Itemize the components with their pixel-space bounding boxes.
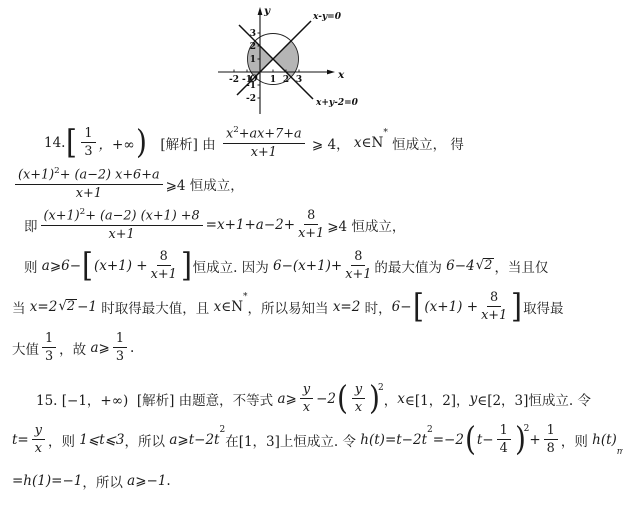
text-run: 恒成立. 因为 bbox=[193, 256, 273, 276]
text-run: 3 bbox=[45, 349, 53, 364]
fraction-denominator: 3 bbox=[84, 143, 92, 159]
fraction-denominator: x+1 bbox=[298, 225, 324, 241]
text-run: 8 bbox=[354, 249, 362, 264]
math-run: x+1 bbox=[298, 226, 324, 241]
fraction-numerator: 8 bbox=[487, 290, 501, 307]
math-run: x bbox=[397, 391, 405, 407]
close-bracket: ] bbox=[181, 251, 192, 279]
math-run: x+1 bbox=[251, 145, 277, 160]
bracket-group: (yx)2 bbox=[336, 382, 384, 415]
bracket-content: t−14 bbox=[477, 423, 514, 456]
text-run: ∈[1，2]， bbox=[405, 389, 470, 409]
math-run: ，+∞ bbox=[99, 133, 135, 153]
text-run: ，故 bbox=[59, 338, 90, 358]
text-run: ⩾4 恒成立， bbox=[327, 215, 405, 235]
text-run: . bbox=[166, 473, 170, 489]
math-run: x+1 bbox=[151, 267, 177, 282]
subscript: max bbox=[617, 447, 623, 457]
fraction-numerator: 1 bbox=[497, 423, 511, 440]
bracket-group: (t−14)2 bbox=[464, 423, 529, 456]
fraction-numerator: y bbox=[300, 382, 313, 399]
math-run: a bbox=[127, 473, 135, 489]
math-run: (x+1) + bbox=[424, 299, 478, 315]
text-run: 大值 bbox=[12, 338, 39, 358]
x-tick-label: 1 bbox=[270, 75, 276, 85]
fraction-denominator: x+1 bbox=[109, 226, 135, 242]
fraction-numerator: y bbox=[352, 382, 365, 399]
math-run: t− bbox=[477, 432, 494, 448]
fraction-denominator: x+1 bbox=[151, 266, 177, 282]
math-run: x bbox=[355, 400, 362, 415]
math-run: =x+1+a−2+ bbox=[206, 217, 295, 233]
open-bracket: [ bbox=[66, 128, 77, 156]
fraction: 8x+1 bbox=[151, 249, 177, 282]
text-run: 恒成立， 得 bbox=[388, 133, 464, 153]
y-tick-label: 2 bbox=[250, 42, 256, 52]
text-run: ⩾ bbox=[177, 432, 188, 448]
fraction: 18 bbox=[544, 423, 558, 456]
text-run: ⩾ bbox=[50, 258, 61, 274]
fraction-numerator: (x+1)2+ (a−2) x+6+a bbox=[15, 166, 163, 184]
text-run: ⩾ 4， bbox=[308, 133, 354, 153]
math-run: y bbox=[303, 382, 310, 397]
text-run: 3 bbox=[84, 144, 92, 159]
fraction-denominator: x+1 bbox=[481, 307, 507, 323]
math-run: (x+1) bbox=[18, 168, 54, 183]
close-bracket: ) bbox=[136, 128, 147, 156]
open-bracket: [ bbox=[412, 292, 423, 320]
fraction: (x+1)2+ (a−2) x+6+ax+1 bbox=[15, 166, 163, 201]
text-run: 3 bbox=[116, 349, 124, 364]
text-run: ，所以易知当 bbox=[248, 297, 333, 317]
math-run: −1 bbox=[77, 299, 97, 315]
math-run: t−2t bbox=[189, 432, 220, 448]
open-bracket: [ bbox=[82, 251, 93, 279]
x-tick-label: 3 bbox=[296, 75, 302, 85]
text-run: 15. [−1，+∞) [解析] 由题意，不等式 bbox=[36, 389, 277, 409]
math-run: 6−4 bbox=[446, 258, 475, 274]
p15-line2: t=yx，则 1⩽t⩽3，所以 a⩾t−2t2在[1，3]上恒成立. 令 h(t… bbox=[8, 419, 615, 460]
fraction-numerator: 1 bbox=[544, 423, 558, 440]
fraction: 13 bbox=[81, 126, 95, 159]
text-run: ，当且仅 bbox=[494, 256, 548, 276]
figure-container: y x O x-y=0 x+y-2=0 -2-1123321-1-2 bbox=[0, 0, 623, 118]
square-root: √2 bbox=[476, 258, 495, 274]
fraction-numerator: (x+1)2+ (a−2) (x+1) +8 bbox=[41, 207, 203, 225]
fraction-denominator: x+1 bbox=[345, 266, 371, 282]
document-page: y x O x-y=0 x+y-2=0 -2-1123321-1-2 14.[1… bbox=[0, 0, 623, 513]
close-bracket: ) bbox=[515, 425, 526, 453]
fraction-numerator: 1 bbox=[113, 331, 127, 348]
math-run: 6− bbox=[392, 299, 412, 315]
square-root: √2 bbox=[58, 299, 77, 315]
p15-line1: 15. [−1，+∞) [解析] 由题意，不等式 a⩾yx−2(yx)2，x∈[… bbox=[8, 378, 615, 419]
text-run: ，则 bbox=[561, 430, 592, 450]
math-run: a bbox=[169, 432, 177, 448]
x-axis-label: x bbox=[337, 69, 345, 81]
math-run: 1⩽t⩽3 bbox=[79, 432, 124, 448]
text-run: ⩾4 恒成立， bbox=[166, 174, 244, 194]
fraction: 13 bbox=[113, 331, 127, 364]
coordinate-figure: y x O x-y=0 x+y-2=0 -2-1123321-1-2 bbox=[212, 2, 387, 118]
math-run: x=2 bbox=[333, 299, 361, 315]
fraction-numerator: 8 bbox=[351, 249, 365, 266]
fraction-denominator: 3 bbox=[45, 348, 53, 364]
text-run: 1 bbox=[84, 126, 92, 141]
text-run: 取得最 bbox=[523, 297, 564, 317]
fraction-denominator: x+1 bbox=[76, 185, 102, 201]
y-tick-label: -1 bbox=[246, 81, 256, 91]
p14-line3: 即(x+1)2+ (a−2) (x+1) +8x+1=x+1+a−2+8x+1⩾… bbox=[8, 204, 615, 245]
fraction-numerator: 1 bbox=[42, 331, 56, 348]
fraction-denominator: x bbox=[35, 440, 42, 456]
text-run: 14. bbox=[44, 135, 65, 151]
fraction-numerator: 8 bbox=[304, 208, 318, 225]
p14-line2: (x+1)2+ (a−2) x+6+ax+1⩾4 恒成立， bbox=[8, 163, 615, 204]
fraction: 14 bbox=[497, 423, 511, 456]
math-run: x bbox=[35, 441, 42, 456]
bracket-content: (x+1) +8x+1 bbox=[94, 249, 180, 282]
math-run: (x+1) + bbox=[94, 258, 148, 274]
fraction-numerator: x2+ax+7+a bbox=[223, 125, 305, 143]
y-axis-label: y bbox=[263, 5, 271, 17]
text-run: . bbox=[130, 340, 134, 356]
bracket-content: yx bbox=[349, 382, 368, 415]
text-run: 时取得最大值，且 bbox=[97, 297, 214, 317]
math-run: +ax+7+a bbox=[239, 127, 302, 142]
fraction-denominator: x bbox=[303, 399, 310, 415]
fraction-denominator: x bbox=[355, 399, 362, 415]
math-run: x+1 bbox=[345, 267, 371, 282]
text-run: 8 bbox=[490, 290, 498, 305]
radicand: 2 bbox=[483, 258, 494, 274]
math-run: h(t)=t−2t bbox=[360, 432, 427, 448]
math-run: −2 bbox=[316, 391, 336, 407]
text-run: 的最大值为 bbox=[374, 256, 446, 276]
math-run: + bbox=[529, 432, 540, 448]
close-bracket: ] bbox=[511, 292, 522, 320]
math-run: a bbox=[90, 340, 98, 356]
y-tick-label: 3 bbox=[250, 29, 256, 39]
text-run: 4 bbox=[500, 441, 508, 456]
text-run: 当 bbox=[12, 297, 30, 317]
line1-equation-label: x-y=0 bbox=[312, 12, 342, 22]
fraction: 8x+1 bbox=[345, 249, 371, 282]
text-run: 1 bbox=[547, 423, 555, 438]
open-bracket: ( bbox=[337, 384, 348, 412]
y-tick-label: -2 bbox=[246, 94, 256, 104]
math-run: a bbox=[42, 258, 50, 274]
p14-line6: 大值13，故 a⩾13. bbox=[8, 327, 615, 368]
text-run: 1 bbox=[116, 331, 124, 346]
math-run: 6−(x+1)+ bbox=[273, 258, 342, 274]
math-run: x=2 bbox=[30, 299, 58, 315]
text-run: 8 bbox=[160, 249, 168, 264]
text-run: ⩾ bbox=[135, 473, 146, 489]
fraction-numerator: 8 bbox=[157, 249, 171, 266]
math-run: =−2 bbox=[433, 432, 464, 448]
y-tick-label: 1 bbox=[250, 55, 256, 65]
text-run: 1 bbox=[45, 331, 53, 346]
fraction: 8x+1 bbox=[481, 290, 507, 323]
p14-line4: 则 a⩾6−[(x+1) +8x+1]恒成立. 因为 6−(x+1)+8x+1的… bbox=[8, 245, 615, 286]
text-run: [解析] 由 bbox=[147, 133, 220, 153]
line2-equation-label: x+y-2=0 bbox=[315, 98, 359, 108]
bracket-group: [13，+∞) bbox=[65, 126, 147, 159]
open-bracket: ( bbox=[465, 425, 476, 453]
math-run: t= bbox=[12, 432, 29, 448]
fraction-denominator: 8 bbox=[547, 440, 555, 456]
fraction-denominator: x+1 bbox=[251, 144, 277, 160]
math-run: y bbox=[355, 382, 362, 397]
text-run: 时， bbox=[360, 297, 391, 317]
p14-line5: 当 x=2√2−1 时取得最大值，且 x∈N*，所以易知当 x=2 时，6−[(… bbox=[8, 286, 615, 327]
bracket-group: [(x+1) +8x+1] bbox=[81, 249, 193, 282]
math-run: (x+1) bbox=[44, 209, 80, 224]
text-run: 8 bbox=[307, 208, 315, 223]
bracket-content: (x+1) +8x+1 bbox=[424, 290, 510, 323]
bracket-group: [(x+1) +8x+1] bbox=[412, 290, 524, 323]
math-run: x+1 bbox=[76, 186, 102, 201]
math-run: x bbox=[354, 135, 362, 151]
text-run: 则 bbox=[24, 256, 42, 276]
text-run: ∈N bbox=[362, 135, 384, 151]
math-run: x bbox=[303, 400, 310, 415]
fraction-denominator: 4 bbox=[500, 440, 508, 456]
text-run: 在[1，3]上恒成立. 令 bbox=[225, 430, 360, 450]
close-bracket: ) bbox=[369, 384, 380, 412]
text-run: ⩾ bbox=[286, 391, 297, 407]
math-run: h(t) bbox=[592, 432, 617, 448]
text-run: ，则 bbox=[48, 430, 79, 450]
x-tick-label: 2 bbox=[283, 75, 289, 85]
radicand: 2 bbox=[66, 299, 77, 315]
x-tick-label: -2 bbox=[229, 75, 239, 85]
text-run: ，所以 bbox=[125, 430, 170, 450]
math-run: −1 bbox=[147, 473, 167, 489]
text-run: ∈[2，3]恒成立. 令 bbox=[477, 389, 591, 409]
math-run: 6− bbox=[61, 258, 81, 274]
math-run: =h(1)=−1 bbox=[12, 473, 82, 489]
x-axis-arrow-icon bbox=[327, 70, 335, 75]
text-run: 即 bbox=[24, 215, 38, 235]
y-axis-arrow-icon bbox=[258, 7, 263, 15]
fraction: yx bbox=[300, 382, 313, 415]
fraction: x2+ax+7+ax+1 bbox=[223, 125, 305, 160]
math-run: + (a−2) x+6+a bbox=[60, 168, 160, 183]
fraction: 8x+1 bbox=[298, 208, 324, 241]
fraction-numerator: 1 bbox=[81, 126, 95, 143]
bracket-content: 13，+∞ bbox=[78, 126, 134, 159]
fraction: yx bbox=[352, 382, 365, 415]
solution-text-block: 14.[13，+∞) [解析] 由 x2+ax+7+ax+1 ⩾ 4， x∈N*… bbox=[0, 118, 623, 501]
math-run: a bbox=[277, 391, 285, 407]
math-run: + (a−2) (x+1) +8 bbox=[85, 209, 199, 224]
fraction-numerator: y bbox=[32, 423, 45, 440]
math-run: y bbox=[35, 423, 42, 438]
fraction: yx bbox=[32, 423, 45, 456]
math-run: y bbox=[470, 391, 478, 407]
math-run: x+1 bbox=[481, 308, 507, 323]
math-run: x bbox=[214, 299, 222, 315]
fraction-denominator: 3 bbox=[116, 348, 124, 364]
text-run: ， bbox=[384, 389, 398, 409]
text-run: ∈N bbox=[221, 299, 243, 315]
text-run: ，所以 bbox=[82, 471, 127, 491]
text-run: 8 bbox=[547, 441, 555, 456]
text-run: ⩾ bbox=[99, 340, 110, 356]
fraction: (x+1)2+ (a−2) (x+1) +8x+1 bbox=[41, 207, 203, 242]
p14-line1: 14.[13，+∞) [解析] 由 x2+ax+7+ax+1 ⩾ 4， x∈N*… bbox=[8, 122, 615, 163]
fraction: 13 bbox=[42, 331, 56, 364]
p15-line3: =h(1)=−1，所以 a⩾−1. bbox=[8, 460, 615, 501]
math-run: x+1 bbox=[109, 227, 135, 242]
text-run: 1 bbox=[500, 423, 508, 438]
